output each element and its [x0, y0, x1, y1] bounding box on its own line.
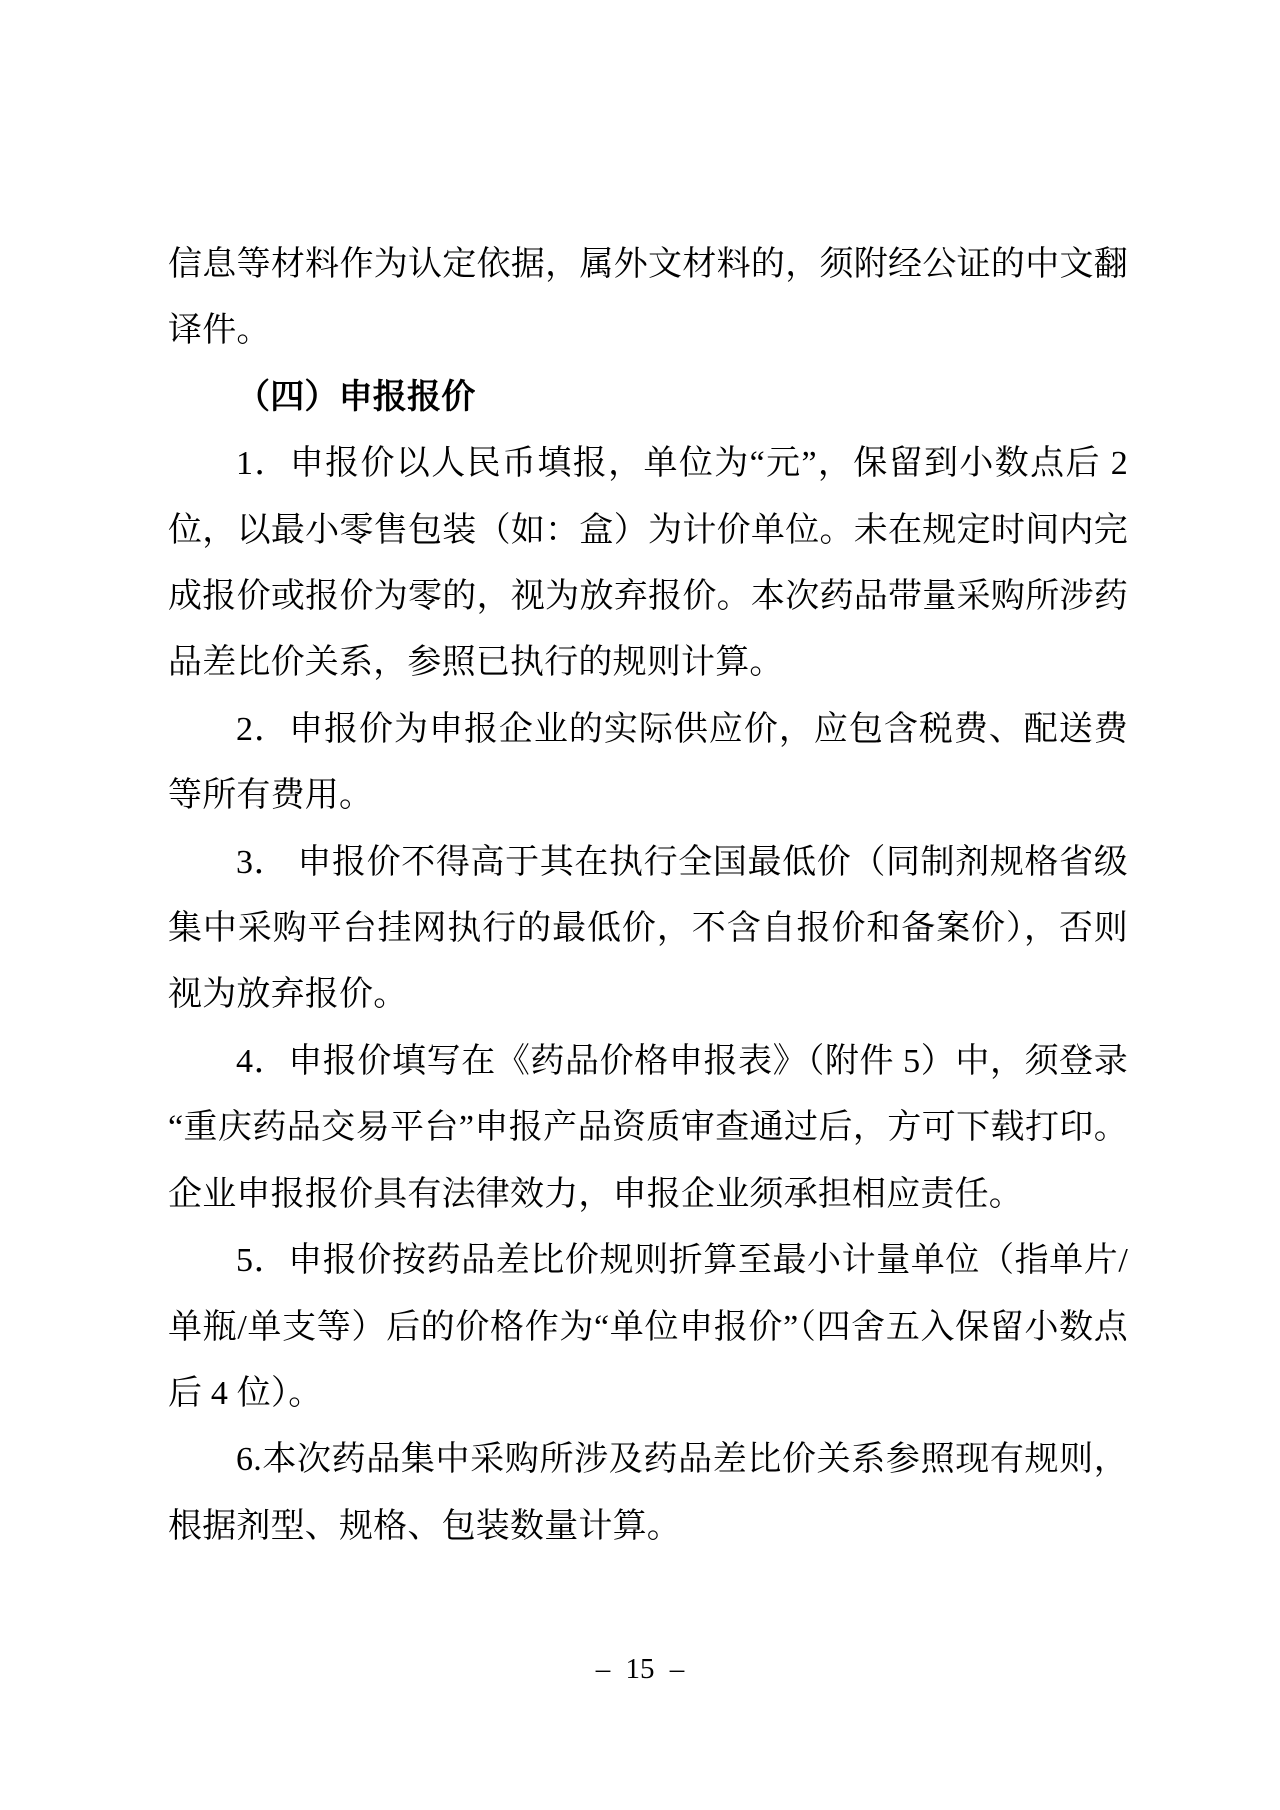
document-page: 信息等材料作为认定依据，属外文材料的，须附经公证的中文翻译件。 （四）申报报价 …	[0, 0, 1280, 1810]
numbered-item-4: 4．申报价填写在《药品价格申报表》（附件 5）中，须登录“重庆药品交易平台”申报…	[168, 1029, 1128, 1228]
paragraph-continuation: 信息等材料作为认定依据，属外文材料的，须附经公证的中文翻译件。	[168, 232, 1128, 365]
section-heading-shenbao-baojia: （四）申报报价	[168, 365, 1128, 431]
document-body: 信息等材料作为认定依据，属外文材料的，须附经公证的中文翻译件。 （四）申报报价 …	[168, 232, 1128, 1560]
numbered-item-6: 6.本次药品集中采购所涉及药品差比价关系参照现有规则，根据剂型、规格、包装数量计…	[168, 1427, 1128, 1560]
numbered-item-1: 1．申报价以人民币填报，单位为“元”，保留到小数点后 2 位，以最小零售包装（如…	[168, 431, 1128, 697]
numbered-item-5: 5．申报价按药品差比价规则折算至最小计量单位（指单片/单瓶/单支等）后的价格作为…	[168, 1228, 1128, 1427]
numbered-item-2: 2．申报价为申报企业的实际供应价，应包含税费、配送费等所有费用。	[168, 697, 1128, 830]
numbered-item-3: 3． 申报价不得高于其在执行全国最低价（同制剂规格省级集中采购平台挂网执行的最低…	[168, 830, 1128, 1029]
page-number: – 15 –	[0, 1647, 1280, 1691]
